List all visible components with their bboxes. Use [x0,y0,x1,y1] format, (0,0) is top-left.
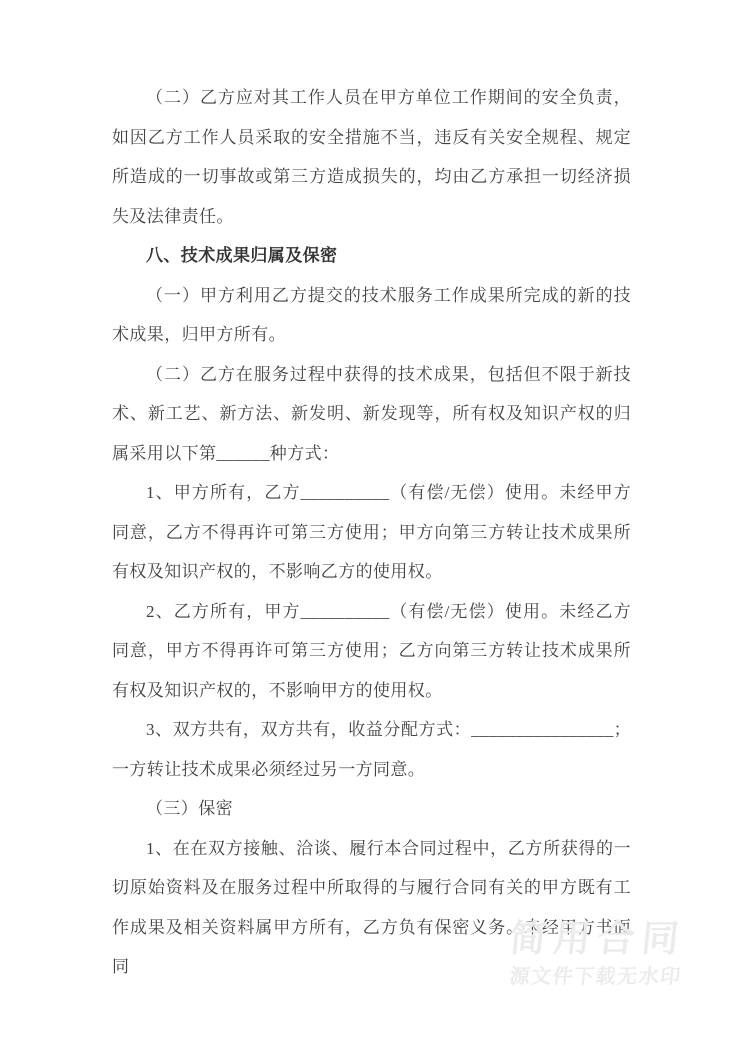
document-page: （二）乙方应对其工作人员在甲方单位工作期间的安全负责，如因乙方工作人员采取的安全… [0,0,742,1049]
clause-8-1-ownership-party-a: （一）甲方利用乙方提交的技术服务工作成果所完成的新的技术成果，归甲方所有。 [112,276,631,355]
clause-option-3-joint-ownership: 3、双方共有，双方共有，收益分配方式：________________；一方转让… [112,710,631,789]
clause-option-1-party-a-owns: 1、甲方所有，乙方__________（有偿/无偿）使用。未经甲方同意，乙方不得… [112,473,631,592]
clause-8-2-ip-ownership-options: （二）乙方在服务过程中获得的技术成果，包括但不限于新技术、新工艺、新方法、新发明… [112,355,631,474]
section-heading-article-8: 八、技术成果归属及保密 [112,236,631,276]
clause-option-2-party-b-owns: 2、乙方所有，甲方__________（有偿/无偿）使用。未经乙方同意，甲方不得… [112,592,631,711]
contract-body: （二）乙方应对其工作人员在甲方单位工作期间的安全负责，如因乙方工作人员采取的安全… [112,78,631,987]
clause-safety-liability: （二）乙方应对其工作人员在甲方单位工作期间的安全负责，如因乙方工作人员采取的安全… [112,78,631,236]
clause-8-3-confidentiality-heading: （三）保密 [112,789,631,829]
clause-confidentiality-1: 1、在在双方接触、洽谈、履行本合同过程中，乙方所获得的一切原始资料及在服务过程中… [112,829,631,987]
